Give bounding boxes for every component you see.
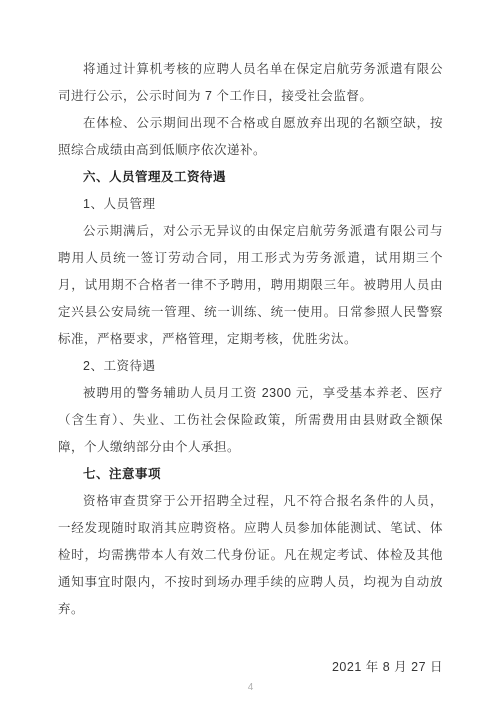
paragraph-notes: 资格审查贯穿于公开招聘全过程，凡不符合报名条件的人员，一经发现随时取消其应聘资格… (58, 488, 443, 623)
document-date: 2021 年 8 月 27 日 (58, 654, 443, 681)
paragraph-vacancy-replacement: 在体检、公示期间出现不合格或自愿放弃出现的名额空缺，按照综合成绩由高到低顺序依次… (58, 110, 443, 164)
paragraph-publicity: 将通过计算机考核的应聘人员名单在保定启航劳务派遣有限公司进行公示，公示时间为 7… (58, 56, 443, 110)
paragraph-personnel-management: 公示期满后，对公示无异议的由保定启航劳务派遣有限公司与聘用人员统一签订劳动合同，… (58, 218, 443, 353)
subheading-salary: 2、工资待遇 (58, 353, 443, 380)
document-page: 将通过计算机考核的应聘人员名单在保定启航劳务派遣有限公司进行公示，公示时间为 7… (0, 0, 500, 707)
page-number: 4 (58, 681, 443, 694)
subheading-personnel-management: 1、人员管理 (58, 191, 443, 218)
section-heading-seven: 七、注意事项 (58, 461, 443, 488)
section-heading-six: 六、人员管理及工资待遇 (58, 164, 443, 191)
paragraph-salary: 被聘用的警务辅助人员月工资 2300 元，享受基本养老、医疗（含生育）、失业、工… (58, 380, 443, 461)
